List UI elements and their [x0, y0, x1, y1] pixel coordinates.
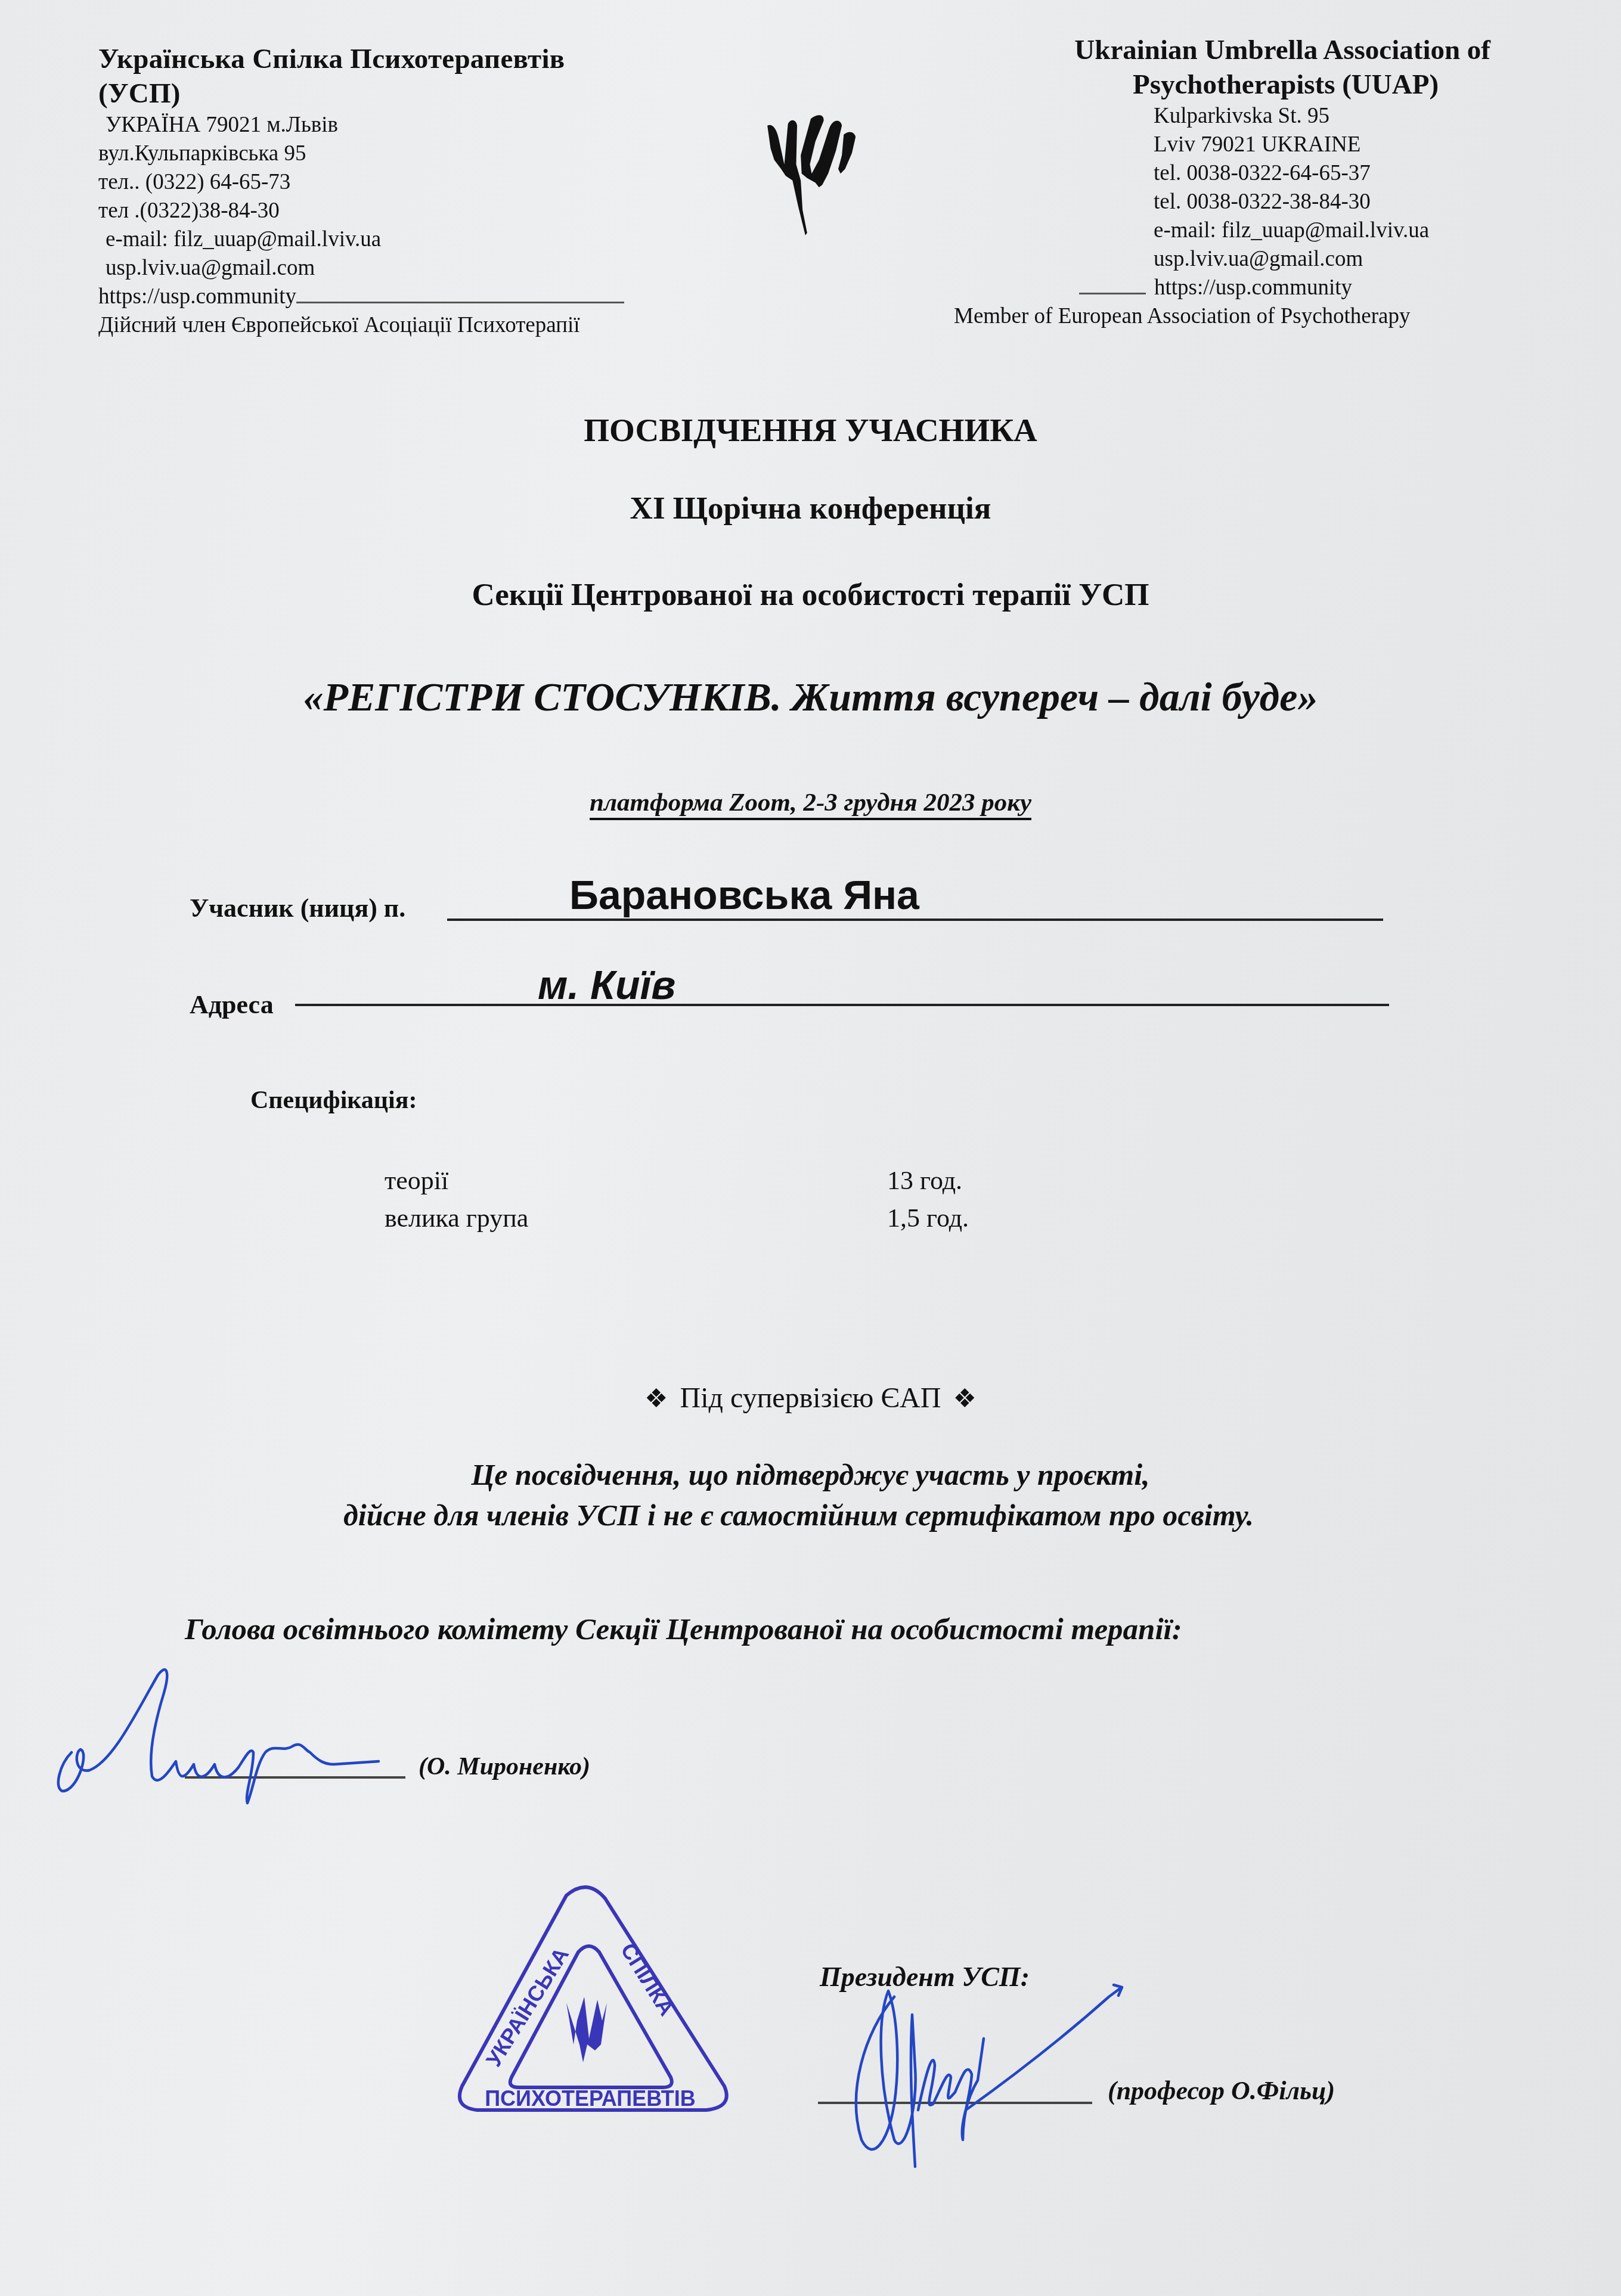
address-line: [295, 1004, 1389, 1006]
stamp-text-left: УКРАЇНСЬКА: [481, 1943, 574, 2071]
address-label: Адреса: [190, 989, 274, 1020]
spec-row-large-group-hours: 1,5 год.: [887, 1203, 969, 1233]
org-abbr-ua: (УСП): [98, 76, 695, 111]
email-en-1: e-mail: filz_uuap@mail.lviv.ua: [954, 216, 1526, 245]
email-en-2: usp.lviv.ua@gmail.com: [954, 245, 1526, 274]
stamp-text-bottom: ПСИХОТЕРАПЕВТІВ: [485, 2086, 696, 2111]
phone-ua-2: тел .(0322)38-84-30: [98, 197, 695, 225]
chair-name: (О. Мироненко): [419, 1752, 590, 1781]
diamond-ornament-icon: ❖: [644, 1384, 668, 1413]
participant-label: Учасник (ниця) п.: [190, 893, 405, 923]
address-value: м. Київ: [538, 962, 675, 1009]
chair-signature-ink: [48, 1663, 441, 1812]
header-right-english: Ukrainian Umbrella Association of Psycho…: [954, 33, 1526, 331]
usp-stamp: УКРАЇНСЬКА СПІЛКА ПСИХОТЕРАПЕВТІВ: [441, 1866, 745, 2122]
phone-ua-1: тел.. (0322) 64-65-73: [98, 168, 695, 197]
conference-theme: «РЕГІСТРИ СТОСУНКІВ. Життя всупереч – да…: [0, 674, 1621, 721]
address-line-en-2: Lviv 79021 UKRAINE: [954, 131, 1526, 159]
website-en-underline: [1079, 293, 1146, 294]
phone-en-1: tel. 0038-0322-64-65-37: [954, 159, 1526, 188]
platform-date: платформа Zoom, 2-3 грудня 2023 року: [0, 788, 1621, 817]
diamond-ornament-icon: ❖: [953, 1384, 976, 1413]
address-line-ua-1: УКРАЇНА 79021 м.Львів: [98, 111, 695, 139]
participant-name: Барановська Яна: [569, 872, 919, 919]
supervision-line: ❖Під супервізією ЄАП❖: [0, 1382, 1621, 1414]
platform-date-text: платформа Zoom, 2-3 грудня 2023 року: [590, 789, 1031, 820]
section-name: Секції Центрованої на особистості терапі…: [0, 577, 1621, 613]
address-line-en-1: Kulparkivska St. 95: [954, 102, 1526, 131]
spec-row-theory: теорії: [385, 1165, 448, 1196]
address-line-ua-2: вул.Кульпарківська 95: [98, 139, 695, 168]
website-underline: [296, 302, 624, 303]
header-left-ukrainian: Українська Спілка Психотерапевтів (УСП) …: [98, 42, 695, 340]
conference-name: XI Щорічна конференція: [0, 491, 1621, 526]
org-name-en-2: Psychotherapists (UUAP): [954, 67, 1526, 102]
disclaimer-line-2: дійсне для членів УСП і не є самостійним…: [0, 1495, 1621, 1535]
stamp-logo-icon: [566, 1997, 607, 2062]
org-name-ua: Українська Спілка Психотерапевтів: [98, 42, 695, 76]
chair-title: Голова освітнього комітету Секції Центро…: [185, 1612, 1182, 1647]
org-name-en: Ukrainian Umbrella Association of: [954, 33, 1526, 67]
spec-row-theory-hours: 13 год.: [887, 1165, 962, 1196]
email-ua-1: e-mail: filz_uuap@mail.lviv.ua: [98, 225, 695, 254]
website-ua-row: https://usp.community: [98, 283, 695, 311]
spec-row-large-group: велика група: [385, 1203, 528, 1233]
specification-label: Специфікація:: [250, 1086, 417, 1115]
phone-en-2: tel. 0038-0322-38-84-30: [954, 188, 1526, 216]
supervision-text: Під супервізією ЄАП: [680, 1382, 941, 1414]
certificate-title: ПОСВІДЧЕННЯ УЧАСНИКА: [0, 411, 1621, 449]
membership-ua: Дійсний член Європейської Асоціації Псих…: [98, 311, 695, 340]
disclaimer-note: Це посвідчення, що підтверджує участь у …: [0, 1454, 1621, 1535]
website-en: https://usp.community: [1154, 275, 1352, 300]
disclaimer-line-1: Це посвідчення, що підтверджує участь у …: [0, 1454, 1621, 1495]
usp-logo-icon: [742, 95, 879, 256]
email-ua-2: usp.lviv.ua@gmail.com: [98, 254, 695, 283]
president-signature-ink: [829, 1961, 1145, 2170]
website-en-row: https://usp.community: [954, 274, 1526, 302]
stamp-text-right: СПІЛКА: [616, 1939, 679, 2020]
membership-en: Member of European Association of Psycho…: [954, 302, 1526, 331]
participant-line: [447, 919, 1383, 921]
website-ua: https://usp.community: [98, 284, 296, 309]
